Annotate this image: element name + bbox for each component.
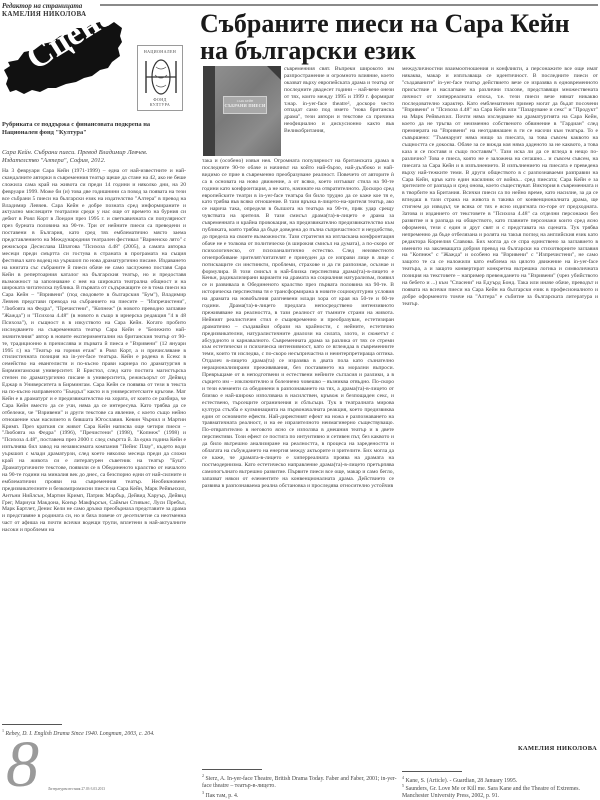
- book-cover-title: СЪБРАНИ ПИЕСИ: [224, 103, 266, 108]
- footnote-rule-mid: [202, 769, 262, 770]
- article-column-mid: така и (особено) извън нея. Огромната по…: [202, 158, 394, 678]
- footnote-mark: 5: [402, 783, 404, 788]
- headline-line2: на български език: [200, 37, 600, 64]
- book-label: САРА КЕЙН СЪБРАНИ ПИЕСИ: [223, 96, 267, 114]
- logo-bottom-line2: КУЛТУРА: [138, 102, 182, 107]
- author-signature: КАМЕЛИЯ НИКОЛОВА: [518, 745, 597, 752]
- article-column-right: междуличностни взаимоотношения и конфлик…: [402, 66, 598, 678]
- page-number: 8: [6, 732, 39, 798]
- article-text-right: междуличностни взаимоотношения и конфлик…: [402, 66, 598, 308]
- book-spine: [203, 66, 215, 156]
- article-text-mid-top: съвременния свят. Въпреки широкото им ра…: [284, 66, 394, 135]
- footnote-mark: 1: [2, 728, 4, 733]
- editor-role: Редактор на страницата: [2, 2, 86, 10]
- logo-top-text: НАЦИОНАЛЕН: [138, 49, 182, 54]
- top-rule: [100, 4, 598, 6]
- article-column-left: На 3 февруари Сара Кейн (1971-1999) – ед…: [2, 168, 186, 620]
- page-footer: Литературен вестник 27.03-3.03.2013: [48, 787, 105, 791]
- footnote-text: Sierz, A. In-yer-face Theatre, British D…: [202, 776, 397, 789]
- footnote-rule-left: [2, 724, 62, 725]
- footnote-text: Пак там, p. 4.: [205, 793, 238, 799]
- logo-bottom-text: ФОНД КУЛТУРА: [138, 97, 182, 107]
- footnote-text: Saunders, Gr. Love Me or Kill me. Sara K…: [402, 786, 580, 799]
- book-cover-image: САРА КЕЙН СЪБРАНИ ПИЕСИ: [203, 66, 281, 156]
- footnote-mark: 3: [202, 790, 204, 795]
- article-column-mid-top: съвременния свят. Въпреки широкото им ра…: [284, 66, 394, 158]
- footnote-mid-2: 2 Sierz, A. In-yer-face Theatre, British…: [202, 772, 398, 790]
- footnote-mark: 2: [202, 773, 204, 778]
- footnote-mark: 4: [402, 775, 404, 780]
- fund-emblem-icon: [143, 57, 179, 97]
- national-culture-fund-logo: НАЦИОНАЛЕН ФОНД КУЛТУРА: [137, 45, 183, 111]
- footnote-right-5: 5 Saunders, Gr. Love Me or Kill me. Sara…: [402, 782, 598, 800]
- article-text-left: На 3 февруари Сара Кейн (1971-1999) – ед…: [2, 168, 186, 534]
- footnote-rule-right: [402, 771, 462, 772]
- article-headline: Събраните пиеси на Сара Кейн на българск…: [200, 10, 600, 64]
- support-note: Рубриката се поддържа с финансовата подк…: [2, 121, 182, 137]
- book-citation: Сара Кейн. Събрани пиеси. Превод Владими…: [2, 149, 182, 165]
- footnote-mid-3: 3 Пак там, p. 4.: [202, 789, 398, 800]
- article-text-mid: така и (особено) извън нея. Огромната по…: [202, 158, 394, 490]
- headline-line1: Събраните пиеси на Сара Кейн: [200, 10, 600, 37]
- book-corner: [267, 66, 281, 80]
- section-banner: Сцена: [4, 22, 122, 94]
